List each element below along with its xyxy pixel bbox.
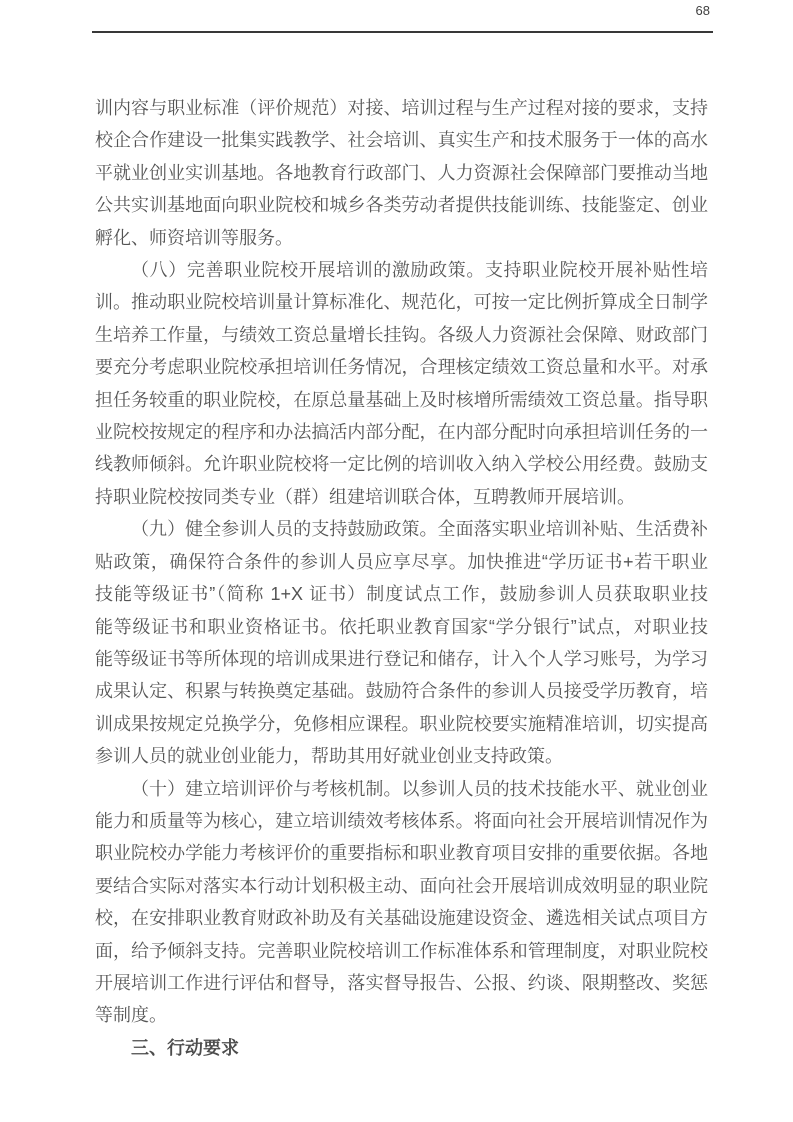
body-line: 校企合作建设一批集实践教学、社会培训、真实生产和技术服务于一体的高水 — [95, 124, 708, 156]
body-line: 能力和质量等为核心，建立培训绩效考核体系。将面向社会开展培训情况作为 — [95, 805, 708, 837]
body-line: 要充分考虑职业院校承担培训任务情况，合理核定绩效工资总量和水平。对承 — [95, 351, 708, 383]
body-line: 孵化、师资培训等服务。 — [95, 222, 708, 254]
body-line: （十）建立培训评价与考核机制。以参训人员的技术技能水平、就业创业 — [95, 773, 708, 805]
paragraph: （九）健全参训人员的支持鼓励政策。全面落实职业培训补贴、生活费补贴政策，确保符合… — [95, 513, 708, 772]
body-line: 成果认定、积累与转换奠定基础。鼓励符合条件的参训人员接受学历教育，培 — [95, 675, 708, 707]
body-line: （八）完善职业院校开展培训的激励政策。支持职业院校开展补贴性培 — [95, 254, 708, 286]
body-line: 训成果按规定兑换学分，免修相应课程。职业院校要实施精准培训，切实提高 — [95, 708, 708, 740]
body-line: 训内容与职业标准（评价规范）对接、培训过程与生产过程对接的要求，支持 — [95, 92, 708, 124]
body-line: 担任务较重的职业院校，在原总量基础上及时核增所需绩效工资总量。指导职 — [95, 384, 708, 416]
paragraph: 训内容与职业标准（评价规范）对接、培训过程与生产过程对接的要求，支持校企合作建设… — [95, 92, 708, 254]
page-number: 68 — [696, 3, 710, 18]
body-line: 校，在安排职业教育财政补助及有关基础设施建设资金、遴选相关试点项目方 — [95, 902, 708, 934]
body-line: （九）健全参训人员的支持鼓励政策。全面落实职业培训补贴、生活费补 — [95, 513, 708, 545]
body-line: 职业院校办学能力考核评价的重要指标和职业教育项目安排的重要依据。各地 — [95, 837, 708, 869]
body-line: 公共实训基地面向职业院校和城乡各类劳动者提供技能训练、技能鉴定、创业 — [95, 189, 708, 221]
body-line: 训。推动职业院校培训量计算标准化、规范化，可按一定比例折算成全日制学 — [95, 286, 708, 318]
body-line: 开展培训工作进行评估和督导，落实督导报告、公报、约谈、限期整改、奖惩 — [95, 967, 708, 999]
body-line: 贴政策，确保符合条件的参训人员应享尽享。加快推进“学历证书+若干职业 — [95, 546, 708, 578]
section-heading: 三、行动要求 — [95, 1032, 708, 1064]
body-line: 持职业院校按同类专业（群）组建培训联合体，互聘教师开展培训。 — [95, 481, 708, 513]
body-line: 面，给予倾斜支持。完善职业院校培训工作标准体系和管理制度，对职业院校 — [95, 935, 708, 967]
paragraph: （十）建立培训评价与考核机制。以参训人员的技术技能水平、就业创业能力和质量等为核… — [95, 773, 708, 1032]
document-body: 训内容与职业标准（评价规范）对接、培训过程与生产过程对接的要求，支持校企合作建设… — [95, 92, 708, 1064]
body-line: 要结合实际对落实本行动计划积极主动、面向社会开展培训成效明显的职业院 — [95, 870, 708, 902]
body-line: 等制度。 — [95, 999, 708, 1031]
paragraph: （八）完善职业院校开展培训的激励政策。支持职业院校开展补贴性培训。推动职业院校培… — [95, 254, 708, 513]
body-line: 技能等级证书”（简称 1+X 证书）制度试点工作，鼓励参训人员获取职业技 — [95, 578, 708, 610]
body-line: 线教师倾斜。允许职业院校将一定比例的培训收入纳入学校公用经费。鼓励支 — [95, 448, 708, 480]
body-line: 能等级证书和职业资格证书。依托职业教育国家“学分银行”试点，对职业技 — [95, 611, 708, 643]
header-rule — [92, 31, 713, 33]
body-line: 平就业创业实训基地。各地教育行政部门、人力资源社会保障部门要推动当地 — [95, 157, 708, 189]
body-line: 生培养工作量，与绩效工资总量增长挂钩。各级人力资源社会保障、财政部门 — [95, 319, 708, 351]
document-page: 68 训内容与职业标准（评价规范）对接、培训过程与生产过程对接的要求，支持校企合… — [0, 0, 793, 1122]
body-line: 能等级证书等所体现的培训成果进行登记和储存，计入个人学习账号，为学习 — [95, 643, 708, 675]
body-line: 参训人员的就业创业能力，帮助其用好就业创业支持政策。 — [95, 740, 708, 772]
body-line: 业院校按规定的程序和办法搞活内部分配，在内部分配时向承担培训任务的一 — [95, 416, 708, 448]
